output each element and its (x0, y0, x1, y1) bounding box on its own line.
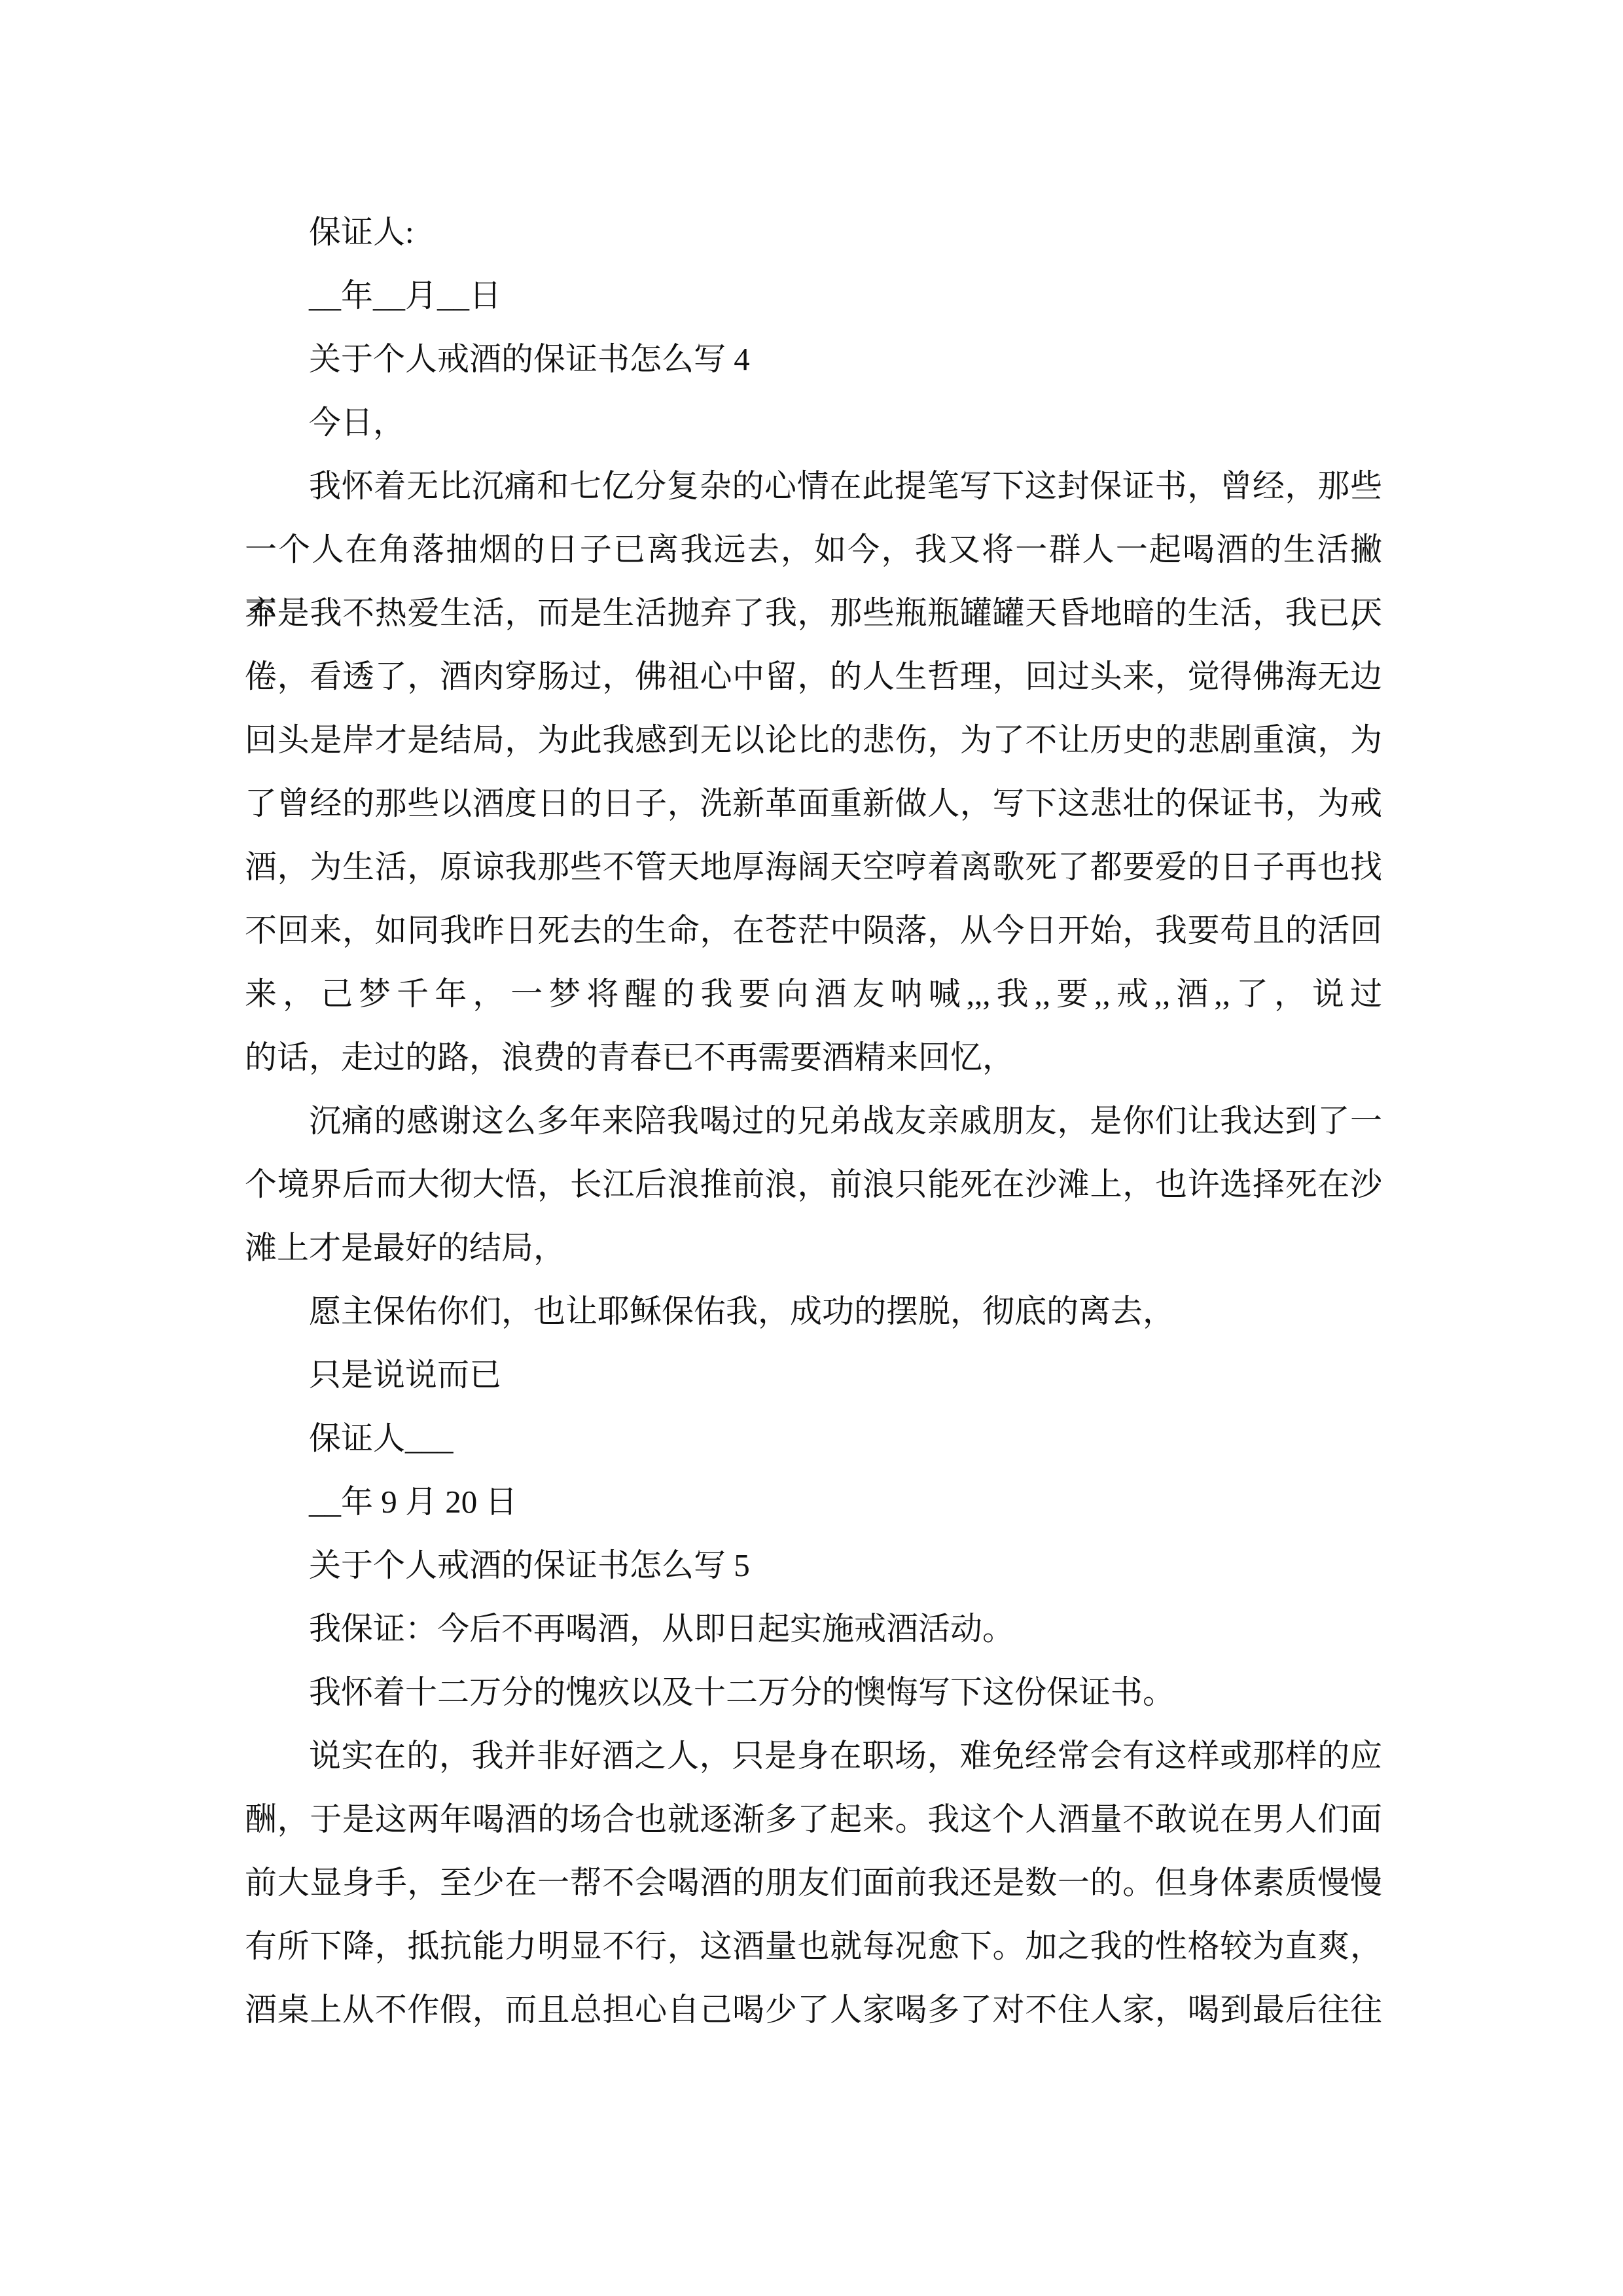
text-line: 来，己梦千年，一梦将醒的我要向酒友呐喊,,,我,,要,,戒,,酒,,了，说过 (245, 962, 1382, 1026)
text-line: 倦，看透了，酒肉穿肠过，佛祖心中留，的人生哲理，回过头来，觉得佛海无边 (245, 645, 1382, 708)
text-line: 的话，走过的路，浪费的青春已不再需要酒精来回忆， (245, 1026, 1382, 1089)
text-line: 个境界后而大彻大悟，长江后浪推前浪，前浪只能死在沙滩上，也许选择死在沙 (245, 1153, 1382, 1216)
text-line: 不是我不热爱生活，而是生活抛弃了我，那些瓶瓶罐罐天昏地暗的生活，我已厌 (245, 581, 1382, 645)
document-text-block: 保证人:__年__月__日关于个人戒酒的保证书怎么写 4今日，我怀着无比沉痛和七… (245, 200, 1382, 2041)
text-line: 不回来，如同我昨日死去的生命，在苍茫中陨落，从今日开始，我要苟且的活回 (245, 899, 1382, 962)
text-line: 我怀着无比沉痛和七亿分复杂的心情在此提笔写下这封保证书，曾经，那些 (245, 454, 1382, 518)
text-line: 关于个人戒酒的保证书怎么写 4 (245, 327, 1382, 391)
text-line: 滩上才是最好的结局， (245, 1216, 1382, 1280)
text-line: 今日， (245, 391, 1382, 454)
text-line: 了曾经的那些以酒度日的日子，洗新革面重新做人，写下这悲壮的保证书，为戒 (245, 772, 1382, 835)
text-line: 我保证：今后不再喝酒，从即日起实施戒酒活动。 (245, 1597, 1382, 1660)
document-page: 保证人:__年__月__日关于个人戒酒的保证书怎么写 4今日，我怀着无比沉痛和七… (0, 0, 1623, 2296)
text-line: 一个人在角落抽烟的日子已离我远去，如今，我又将一群人一起喝酒的生活撇弃， (245, 518, 1382, 581)
text-line: 回头是岸才是结局，为此我感到无以论比的悲伤，为了不让历史的悲剧重演，为 (245, 708, 1382, 772)
text-line: 沉痛的感谢这么多年来陪我喝过的兄弟战友亲戚朋友，是你们让我达到了一 (245, 1089, 1382, 1153)
text-line: 愿主保佑你们，也让耶稣保佑我，成功的摆脱，彻底的离去， (245, 1280, 1382, 1343)
text-line: __年 9 月 20 日 (245, 1470, 1382, 1534)
text-line: __年__月__日 (245, 264, 1382, 327)
text-line: 只是说说而已 (245, 1343, 1382, 1407)
text-line: 我怀着十二万分的愧疚以及十二万分的懊悔写下这份保证书。 (245, 1660, 1382, 1724)
text-line: 酒桌上从不作假，而且总担心自己喝少了人家喝多了对不住人家，喝到最后往往 (245, 1978, 1382, 2041)
text-line: 前大显身手，至少在一帮不会喝酒的朋友们面前我还是数一的。但身体素质慢慢 (245, 1851, 1382, 1914)
text-line: 酬，于是这两年喝酒的场合也就逐渐多了起来。我这个人酒量不敢说在男人们面 (245, 1787, 1382, 1851)
text-line: 保证人___ (245, 1407, 1382, 1470)
text-line: 酒，为生活，原谅我那些不管天地厚海阔天空哼着离歌死了都要爱的日子再也找 (245, 835, 1382, 899)
text-line: 说实在的，我并非好酒之人，只是身在职场，难免经常会有这样或那样的应 (245, 1724, 1382, 1787)
text-line: 关于个人戒酒的保证书怎么写 5 (245, 1534, 1382, 1597)
text-line: 保证人: (245, 200, 1382, 264)
text-line: 有所下降，抵抗能力明显不行，这酒量也就每况愈下。加之我的性格较为直爽， (245, 1914, 1382, 1978)
